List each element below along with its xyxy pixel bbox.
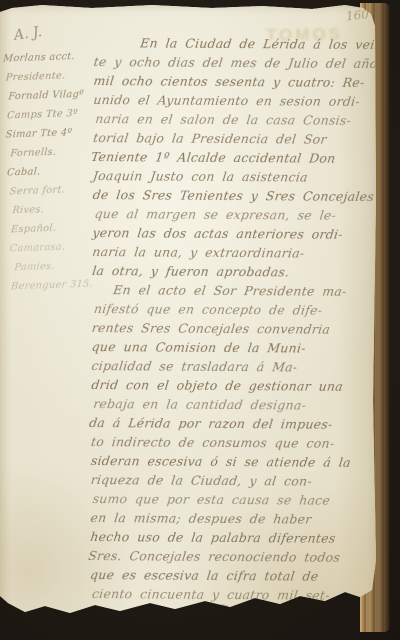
manuscript-line: drid con el objeto de gestionar una [90,375,380,396]
manuscript-line: en la misma; despues de haber [89,508,379,529]
manuscript-line: sideran escesiva ó si se atiende á la [90,451,380,472]
manuscript-line: rebaja en la cantidad designa- [92,394,380,415]
manuscript-line: Teniente 1º Alcalde accidental Don [90,147,382,168]
manuscript-line: hecho uso de la palabra diferentes [89,527,379,548]
manuscript-line: de los Sres Tenientes y Sres Concejales [92,185,382,206]
flourish-mark [178,603,236,619]
manuscript-line: que es escesiva la cifra total de [89,565,379,586]
manuscript-line: sumo que por esta causa se hace [92,489,380,510]
manuscript-line: naria en el salon de la casa Consis- [94,109,382,130]
manuscript-scan: 160 TOMOS A. J. Morlans acct.Presidente.… [0,0,400,640]
margin-entry: Berenguer 315. [10,274,95,296]
manuscript-line: En el acto el Sor Presidente ma- [89,280,381,301]
manuscript-line: Sres. Concejales reconociendo todos [87,546,379,567]
manuscript-line: cipalidad se trasladara á Ma- [90,356,380,377]
manuscript-line: nifestó que en concepto de dife- [93,299,381,320]
manuscript-line: En la Ciudad de Lérida á los vein- [93,33,383,54]
manuscript-line: da á Lérida por razon del impues- [88,413,380,434]
margin-heading-mark: A. J. [13,24,43,44]
manuscript-line: rentes Sres Concejales convendria [91,318,381,339]
manuscript-line: Joaquin Justo con la asistencia [92,166,382,187]
manuscript-line: ciento cincuenta y cuatro mil set- [91,584,379,605]
manuscript-line: to indirecto de consumos que con- [90,432,380,453]
manuscript-line: naria la una, y extraordinaria- [91,242,381,263]
manuscript-line: unido el Ayuntamiento en sesion ordi- [92,90,382,111]
manuscript-line: mil ocho cientos sesenta y cuatro: Re- [92,71,382,92]
minutes-body-text: En la Ciudad de Lérida á los vein-te y o… [90,33,382,605]
manuscript-line: que una Comision de la Muni- [91,337,381,358]
manuscript-line: torial bajo la Presidencia del Sor [92,128,382,149]
manuscript-line: la otra, y fueron aprobadas. [91,261,381,282]
attendees-margin-list: Morlans acct.Presidente.Fornald VilagºCa… [3,47,96,297]
manuscript-line: que al margen se expresan, se le- [94,204,382,225]
manuscript-line: yeron las dos actas anteriores ordi- [91,223,381,244]
manuscript-page: 160 TOMOS A. J. Morlans acct.Presidente.… [0,0,382,634]
manuscript-line: riqueza de la Ciudad, y al con- [90,470,380,491]
manuscript-line: te y ocho dias del mes de Julio del año [93,52,383,73]
